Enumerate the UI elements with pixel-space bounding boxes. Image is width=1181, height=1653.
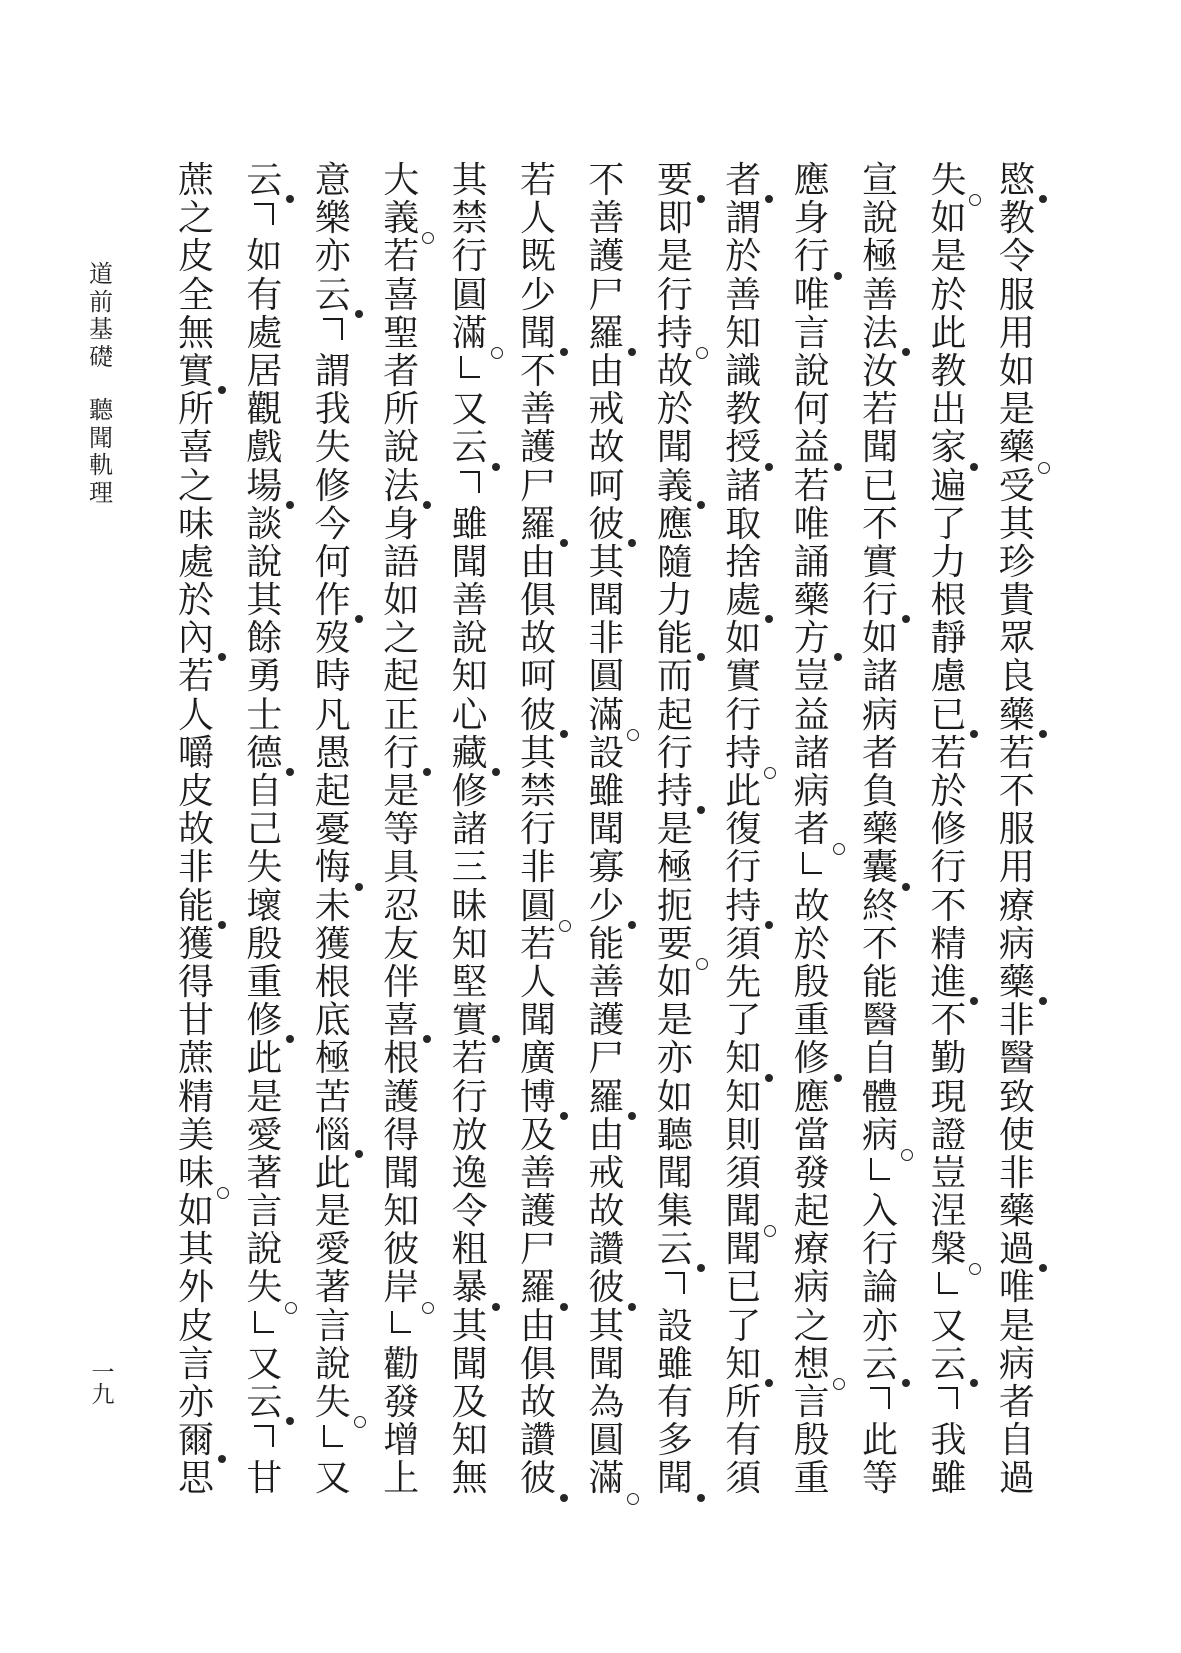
text-column: 失如是於此教出家遍了力根靜慮已若於修行不精進不勤現證豈涅槃又云我雖: [929, 161, 967, 1498]
glyph-cell: 良: [998, 657, 1036, 695]
glyph-cell: 家: [929, 428, 967, 466]
comma-mark: [834, 653, 842, 661]
glyph-cell: 諸: [861, 657, 899, 695]
glyph-cell: 士: [245, 696, 283, 734]
open-quote-mark: [323, 318, 343, 340]
glyph-cell: 等: [861, 1459, 899, 1497]
glyph-cell: 彼: [587, 505, 625, 543]
glyph-cell: 說: [793, 352, 831, 390]
glyph-cell: 知: [724, 1078, 762, 1116]
glyph-cell: 服: [998, 276, 1036, 314]
comma-mark: [970, 730, 978, 738]
glyph-cell: 自: [998, 1421, 1036, 1459]
glyph-cell: 又: [314, 1459, 352, 1497]
glyph-cell: 說: [451, 619, 489, 657]
glyph-cell: 善: [861, 276, 899, 314]
glyph-cell: 外: [177, 1268, 215, 1306]
glyph-cell: 是: [656, 810, 694, 848]
close-quote-mark: [460, 356, 480, 378]
glyph-cell: 人: [177, 696, 215, 734]
glyph-cell: 滿: [451, 314, 489, 352]
glyph-cell: 亦: [177, 1383, 215, 1421]
glyph-cell: 如: [245, 237, 283, 275]
comma-mark: [834, 1074, 842, 1082]
glyph-cell: 不: [929, 1001, 967, 1039]
glyph-cell: 於: [656, 390, 694, 428]
glyph-cell: 如: [177, 1192, 215, 1230]
comma-mark: [286, 1417, 294, 1425]
glyph-cell: 失: [245, 848, 283, 886]
glyph-cell: 設: [656, 1307, 694, 1345]
glyph-cell: 極: [656, 848, 694, 886]
period-mark: [491, 347, 503, 359]
glyph-cell: [793, 848, 831, 886]
glyph-cell: 云: [245, 1383, 283, 1421]
glyph-cell: 者: [793, 810, 831, 848]
glyph-cell: 護: [519, 1192, 557, 1230]
glyph-cell: 行: [451, 237, 489, 275]
glyph-cell: 起: [656, 696, 694, 734]
glyph-cell: 是: [314, 1192, 352, 1230]
comma-mark: [1039, 997, 1047, 1005]
glyph-cell: [451, 467, 489, 505]
glyph-cell: [382, 1307, 420, 1345]
comma-mark: [765, 921, 773, 929]
glyph-cell: 是: [656, 1001, 694, 1039]
glyph-cell: 涅: [929, 1192, 967, 1230]
glyph-cell: 具: [382, 848, 420, 886]
glyph-cell: 若: [793, 467, 831, 505]
comma-mark: [970, 463, 978, 471]
glyph-cell: 是: [382, 772, 420, 810]
glyph-cell: 療: [793, 1230, 831, 1268]
glyph-cell: 得: [382, 1116, 420, 1154]
glyph-cell: 已: [724, 1268, 762, 1306]
glyph-cell: 樂: [314, 199, 352, 237]
glyph-cell: 唯: [793, 276, 831, 314]
glyph-cell: 知: [451, 1421, 489, 1459]
glyph-cell: 爾: [177, 1421, 215, 1459]
glyph-cell: 及: [519, 1116, 557, 1154]
glyph-cell: 故: [519, 1383, 557, 1421]
glyph-cell: 由: [519, 543, 557, 581]
glyph-cell: 苦: [314, 1078, 352, 1116]
glyph-cell: 行: [861, 581, 899, 619]
text-column: 應身行唯言說何益若唯誦藥方豈益諸病者故於殷重修應當發起療病之想言殷重: [793, 161, 831, 1498]
glyph-cell: 尸: [587, 276, 625, 314]
glyph-cell: 醫: [861, 1001, 899, 1039]
glyph-cell: 亦: [861, 1307, 899, 1345]
glyph-cell: 療: [998, 887, 1036, 925]
glyph-cell: 其: [998, 505, 1036, 543]
glyph-cell: 德: [245, 734, 283, 772]
glyph-cell: 於: [724, 237, 762, 275]
comma-mark: [560, 1303, 568, 1311]
glyph-cell: 教: [724, 390, 762, 428]
glyph-cell: 殷: [245, 925, 283, 963]
glyph-cell: 伴: [382, 963, 420, 1001]
glyph-cell: 善: [587, 199, 625, 237]
comma-mark: [697, 1494, 705, 1502]
glyph-cell: 不: [587, 161, 625, 199]
glyph-cell: 須: [724, 925, 762, 963]
glyph-cell: 扼: [656, 887, 694, 925]
close-quote-mark: [323, 1425, 343, 1447]
glyph-cell: 集: [656, 1192, 694, 1230]
comma-mark: [834, 272, 842, 280]
glyph-cell: 受: [998, 467, 1036, 505]
glyph-cell: 正: [382, 696, 420, 734]
glyph-cell: 云: [314, 276, 352, 314]
glyph-cell: 之: [177, 199, 215, 237]
glyph-cell: 善: [519, 1154, 557, 1192]
glyph-cell: 身: [793, 199, 831, 237]
period-mark: [354, 1416, 366, 1428]
glyph-cell: 之: [382, 619, 420, 657]
glyph-cell: [861, 1383, 899, 1421]
glyph-cell: 故: [793, 887, 831, 925]
glyph-cell: 此: [929, 314, 967, 352]
glyph-cell: 底: [314, 1001, 352, 1039]
glyph-cell: 授: [724, 428, 762, 466]
glyph-cell: 勇: [245, 657, 283, 695]
glyph-cell: 善: [724, 276, 762, 314]
glyph-cell: 心: [451, 696, 489, 734]
glyph-cell: 修: [314, 467, 352, 505]
glyph-cell: 用: [998, 848, 1036, 886]
comma-mark: [423, 501, 431, 509]
glyph-cell: 如: [724, 619, 762, 657]
glyph-cell: 誦: [793, 543, 831, 581]
glyph-cell: 又: [929, 1307, 967, 1345]
glyph-cell: 博: [519, 1078, 557, 1116]
glyph-cell: 多: [656, 1421, 694, 1459]
glyph-cell: 當: [793, 1116, 831, 1154]
glyph-cell: 益: [793, 696, 831, 734]
period-mark: [422, 232, 434, 244]
comma-mark: [697, 1264, 705, 1272]
glyph-cell: 諸: [724, 467, 762, 505]
glyph-cell: 服: [998, 810, 1036, 848]
glyph-cell: 雖: [587, 772, 625, 810]
glyph-cell: 須: [724, 1154, 762, 1192]
glyph-cell: 護: [587, 1001, 625, 1039]
glyph-cell: 行: [451, 1078, 489, 1116]
glyph-cell: 者: [998, 1383, 1036, 1421]
glyph-cell: 亦: [314, 237, 352, 275]
glyph-cell: 宣: [861, 161, 899, 199]
glyph-cell: 讚: [587, 1230, 625, 1268]
glyph-cell: 場: [245, 467, 283, 505]
glyph-cell: 由: [587, 1116, 625, 1154]
glyph-cell: 此: [861, 1421, 899, 1459]
glyph-cell: 起: [314, 772, 352, 810]
comma-mark: [492, 463, 500, 471]
glyph-cell: 修: [793, 1039, 831, 1077]
glyph-cell: 非: [998, 1154, 1036, 1192]
glyph-cell: 禁: [451, 199, 489, 237]
glyph-cell: 蔗: [177, 161, 215, 199]
glyph-cell: 藥: [998, 1192, 1036, 1230]
glyph-cell: 聞: [451, 543, 489, 581]
comma-mark: [765, 463, 773, 471]
glyph-cell: 設: [587, 734, 625, 772]
glyph-cell: 其: [451, 161, 489, 199]
glyph-cell: 者: [724, 161, 762, 199]
glyph-cell: 槃: [929, 1230, 967, 1268]
glyph-cell: 說: [314, 1345, 352, 1383]
glyph-cell: 說: [382, 428, 420, 466]
glyph-cell: 若: [861, 390, 899, 428]
comma-mark: [628, 921, 636, 929]
glyph-cell: 應: [656, 505, 694, 543]
glyph-cell: 知: [382, 1192, 420, 1230]
glyph-cell: 喜: [177, 428, 215, 466]
glyph-cell: 修: [451, 772, 489, 810]
comma-mark: [560, 539, 568, 547]
glyph-cell: 有: [656, 1383, 694, 1421]
glyph-cell: 處: [724, 581, 762, 619]
glyph-cell: 作: [314, 581, 352, 619]
glyph-cell: 為: [587, 1383, 625, 1421]
glyph-cell: 是: [929, 237, 967, 275]
glyph-cell: 喜: [382, 1001, 420, 1039]
glyph-cell: 愍: [998, 161, 1036, 199]
glyph-cell: 聞: [587, 581, 625, 619]
glyph-cell: 所: [177, 390, 215, 428]
glyph-cell: 無: [177, 314, 215, 352]
glyph-cell: 持: [656, 772, 694, 810]
glyph-cell: 慮: [929, 657, 967, 695]
glyph-cell: 何: [793, 390, 831, 428]
glyph-cell: 雖: [656, 1345, 694, 1383]
glyph-cell: 不: [861, 505, 899, 543]
glyph-cell: 隨: [656, 543, 694, 581]
glyph-cell: [314, 1421, 352, 1459]
comma-mark: [560, 348, 568, 356]
glyph-cell: 用: [998, 314, 1036, 352]
comma-mark: [697, 195, 705, 203]
glyph-cell: 故: [587, 428, 625, 466]
glyph-cell: 云: [656, 1230, 694, 1268]
glyph-cell: 藥: [998, 963, 1036, 1001]
glyph-cell: 呵: [587, 467, 625, 505]
comma-mark: [628, 1303, 636, 1311]
glyph-cell: 負: [861, 772, 899, 810]
glyph-cell: 思: [177, 1459, 215, 1497]
glyph-cell: 故: [587, 1192, 625, 1230]
glyph-cell: 壞: [245, 887, 283, 925]
glyph-cell: 彼: [519, 696, 557, 734]
glyph-cell: 羅: [587, 1078, 625, 1116]
glyph-cell: 圓: [451, 276, 489, 314]
glyph-cell: 如: [861, 619, 899, 657]
glyph-cell: 唯: [998, 1268, 1036, 1306]
open-quote-mark: [665, 1272, 685, 1294]
glyph-cell: 非: [519, 848, 557, 886]
glyph-cell: 獲: [177, 925, 215, 963]
close-quote-mark: [938, 1272, 958, 1294]
glyph-cell: 不: [929, 887, 967, 925]
glyph-cell: 說: [245, 543, 283, 581]
glyph-cell: 內: [177, 619, 215, 657]
glyph-cell: 善: [587, 963, 625, 1001]
glyph-cell: 甘: [245, 1459, 283, 1497]
glyph-cell: 聖: [382, 314, 420, 352]
glyph-cell: 識: [724, 352, 762, 390]
glyph-cell: 藥: [998, 696, 1036, 734]
text-column: 宣說極善法汝若聞已不實行如諸病者負藥囊終不能醫自體病入行論亦云此等: [861, 161, 899, 1498]
glyph-cell: 取: [724, 505, 762, 543]
comma-mark: [1039, 730, 1047, 738]
glyph-cell: 入: [861, 1192, 899, 1230]
glyph-cell: 豈: [929, 1154, 967, 1192]
glyph-cell: 是: [245, 1078, 283, 1116]
glyph-cell: 聞: [656, 1154, 694, 1192]
glyph-cell: 之: [177, 467, 215, 505]
glyph-cell: 所: [724, 1383, 762, 1421]
comma-mark: [218, 921, 226, 929]
glyph-cell: 藥: [861, 810, 899, 848]
comma-mark: [902, 615, 910, 623]
glyph-cell: 根: [382, 1039, 420, 1077]
glyph-cell: 行: [793, 237, 831, 275]
glyph-cell: 惱: [314, 1116, 352, 1154]
glyph-cell: 聞: [724, 1192, 762, 1230]
glyph-cell: 及: [451, 1383, 489, 1421]
period-mark: [559, 920, 571, 932]
glyph-cell: 持: [656, 314, 694, 352]
glyph-cell: 雖: [451, 505, 489, 543]
period-mark: [627, 1493, 639, 1505]
comma-mark: [560, 1112, 568, 1120]
comma-mark: [286, 1035, 294, 1043]
running-head: 道前基礎 聽聞軌理: [87, 262, 115, 508]
glyph-cell: 獲: [314, 925, 352, 963]
glyph-cell: 少: [587, 887, 625, 925]
glyph-cell: 言: [793, 314, 831, 352]
glyph-cell: 於: [177, 581, 215, 619]
glyph-cell: 勤: [929, 1039, 967, 1077]
glyph-cell: 由: [587, 352, 625, 390]
glyph-cell: 醫: [998, 1039, 1036, 1077]
glyph-cell: 圓: [587, 657, 625, 695]
glyph-cell: 若: [998, 734, 1036, 772]
glyph-cell: 若: [451, 1039, 489, 1077]
glyph-cell: 味: [177, 1154, 215, 1192]
glyph-cell: 知: [451, 925, 489, 963]
comma-mark: [218, 1455, 226, 1463]
comma-mark: [355, 883, 363, 891]
glyph-cell: 護: [382, 1078, 420, 1116]
glyph-cell: 故: [519, 619, 557, 657]
comma-mark: [560, 1494, 568, 1502]
comma-mark: [834, 463, 842, 471]
glyph-cell: 聞: [519, 314, 557, 352]
glyph-cell: 行: [724, 848, 762, 886]
glyph-cell: 如: [656, 1078, 694, 1116]
glyph-cell: 圓: [587, 1421, 625, 1459]
glyph-cell: 遍: [929, 467, 967, 505]
glyph-cell: 起: [382, 657, 420, 695]
comma-mark: [355, 1150, 363, 1158]
glyph-cell: 羅: [519, 505, 557, 543]
glyph-cell: 餘: [245, 619, 283, 657]
glyph-cell: 呵: [519, 657, 557, 695]
glyph-cell: [929, 1383, 967, 1421]
glyph-cell: [314, 314, 352, 352]
glyph-cell: 了: [724, 1307, 762, 1345]
glyph-cell: 處: [245, 314, 283, 352]
glyph-cell: 能: [861, 963, 899, 1001]
close-quote-mark: [870, 1158, 890, 1180]
glyph-cell: 藏: [451, 734, 489, 772]
glyph-cell: 其: [519, 734, 557, 772]
glyph-cell: 教: [929, 352, 967, 390]
glyph-cell: 說: [245, 1230, 283, 1268]
glyph-cell: 三: [451, 848, 489, 886]
glyph-cell: 言: [793, 1383, 831, 1421]
glyph-cell: 說: [861, 199, 899, 237]
glyph-cell: 聽: [656, 1116, 694, 1154]
glyph-cell: 過: [998, 1459, 1036, 1497]
glyph-cell: 戒: [587, 390, 625, 428]
glyph-cell: 彼: [587, 1268, 625, 1306]
glyph-cell: 未: [314, 887, 352, 925]
period-mark: [627, 729, 639, 741]
glyph-cell: 令: [998, 237, 1036, 275]
glyph-cell: 故: [177, 810, 215, 848]
glyph-cell: 行: [861, 1230, 899, 1268]
glyph-cell: 忍: [382, 887, 420, 925]
glyph-cell: 眾: [998, 619, 1036, 657]
glyph-cell: [656, 1268, 694, 1306]
glyph-cell: 人: [519, 963, 557, 1001]
glyph-cell: 友: [382, 925, 420, 963]
comma-mark: [902, 1379, 910, 1387]
comma-mark: [560, 730, 568, 738]
open-quote-mark: [460, 471, 480, 493]
glyph-cell: 行: [656, 734, 694, 772]
glyph-cell: 聞: [587, 1345, 625, 1383]
glyph-cell: 病: [793, 772, 831, 810]
comma-mark: [492, 1303, 500, 1311]
glyph-cell: 行: [519, 810, 557, 848]
glyph-cell: 知: [451, 657, 489, 695]
glyph-cell: 謂: [724, 199, 762, 237]
glyph-cell: 既: [519, 237, 557, 275]
glyph-cell: 教: [998, 199, 1036, 237]
glyph-cell: 歿: [314, 619, 352, 657]
glyph-cell: 非: [998, 1001, 1036, 1039]
open-quote-mark: [254, 1425, 274, 1447]
glyph-cell: 愛: [245, 1116, 283, 1154]
comma-mark: [355, 310, 363, 318]
glyph-cell: 羅: [519, 1268, 557, 1306]
glyph-cell: 於: [793, 925, 831, 963]
glyph-cell: 豈: [793, 657, 831, 695]
text-column: 愍教令服用如是藥受其珍貴眾良藥若不服用療病藥非醫致使非藥過唯是病者自過: [998, 161, 1036, 1498]
glyph-cell: 知: [724, 314, 762, 352]
glyph-cell: 使: [998, 1116, 1036, 1154]
comma-mark: [970, 1379, 978, 1387]
text-column: 不善護尸羅由戒故呵彼其聞非圓滿設雖聞寡少能善護尸羅由戒故讚彼其聞為圓滿: [587, 161, 625, 1498]
glyph-cell: 廣: [519, 1039, 557, 1077]
glyph-cell: 著: [314, 1268, 352, 1306]
glyph-cell: 亦: [656, 1039, 694, 1077]
glyph-cell: 護: [587, 237, 625, 275]
page-number: 一九: [90, 1362, 116, 1406]
